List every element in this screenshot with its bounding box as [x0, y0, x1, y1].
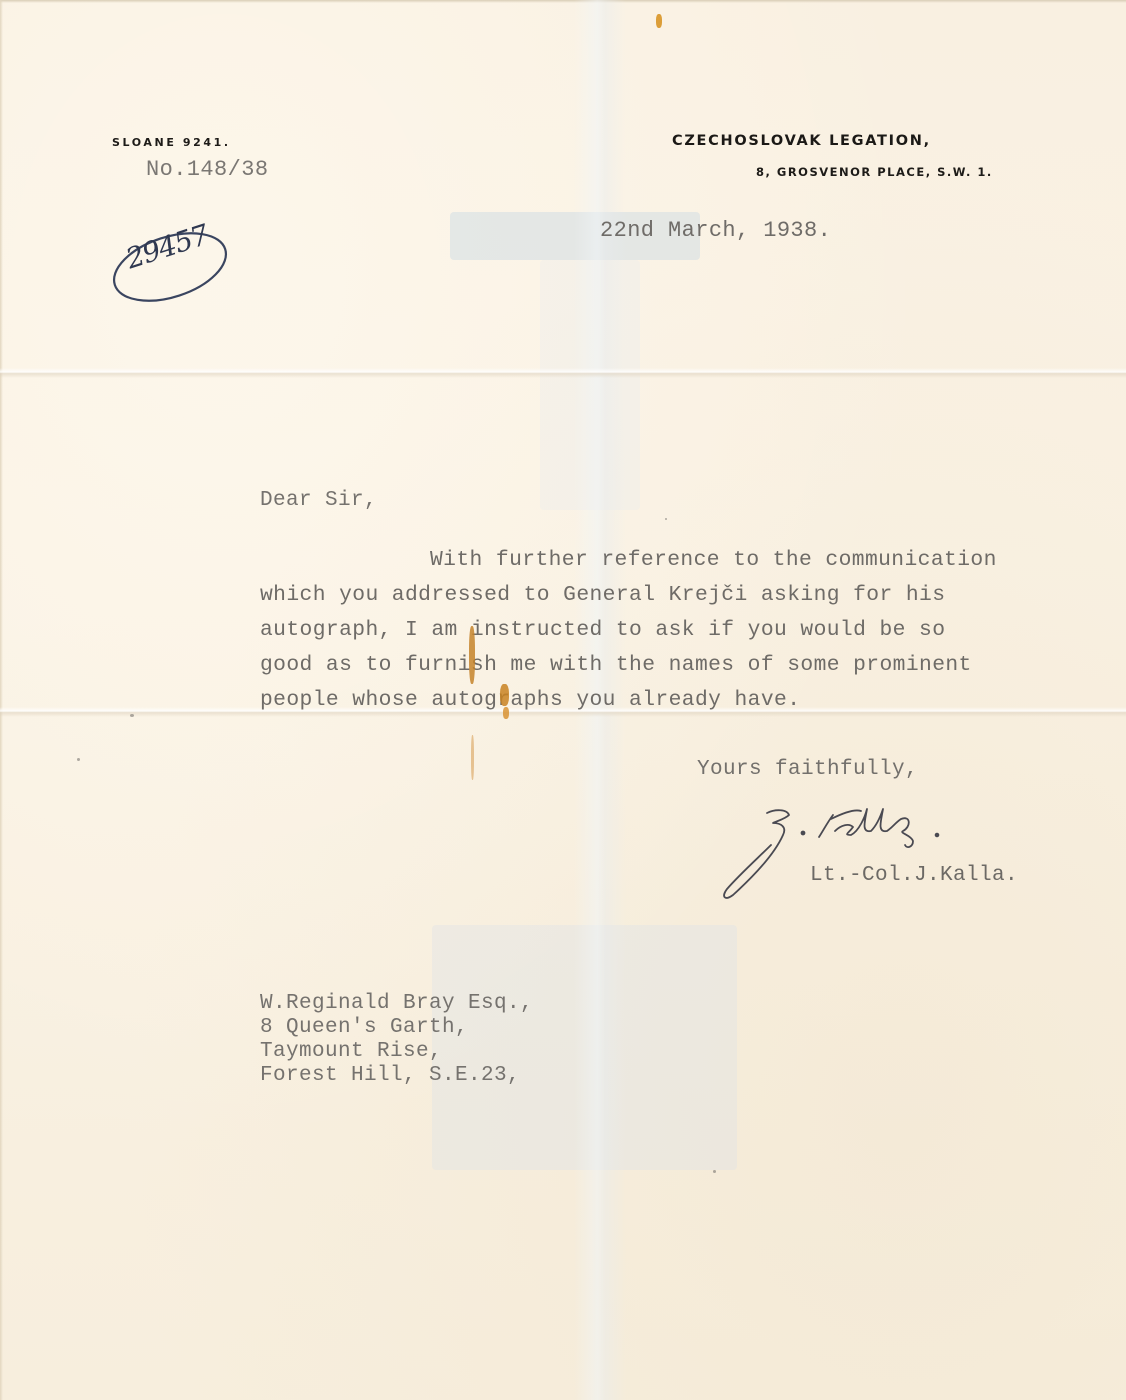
recipient-address-line: Forest Hill, S.E.23,	[260, 1064, 520, 1088]
letter-page: SLOANE 9241. CZECHOSLOVAK LEGATION, 8, G…	[0, 0, 1126, 1400]
paper-left-edge	[0, 0, 3, 1400]
horizontal-fold-line-upper	[0, 368, 1126, 378]
paper-top-edge	[0, 0, 1126, 3]
paper-speck	[130, 714, 134, 717]
body-line: which you addressed to General Krejči as…	[260, 583, 945, 607]
letterhead-address: 8, GROSVENOR PLACE, S.W. 1.	[756, 165, 993, 179]
salutation: Dear Sir,	[260, 489, 377, 512]
letter-date: 22nd March, 1938.	[600, 218, 831, 243]
recipient-address-line: 8 Queen's Garth,	[260, 1016, 468, 1040]
rust-stain	[469, 626, 475, 684]
valediction: Yours faithfully,	[697, 758, 918, 781]
paper-speck	[77, 758, 80, 761]
letterhead-organization: CZECHOSLOVAK LEGATION,	[672, 133, 931, 149]
body-line: people whose autographs you already have…	[260, 688, 800, 712]
paper-speck	[665, 518, 667, 520]
letterhead-phone: SLOANE 9241.	[112, 136, 231, 149]
rust-stain	[656, 14, 662, 28]
body-line: good as to furnish me with the names of …	[260, 653, 972, 677]
recipient-address-line: W.Reginald Bray Esq.,	[260, 992, 533, 1016]
body-line: With further reference to the communicat…	[430, 548, 997, 572]
handwritten-signature-icon	[715, 795, 995, 905]
rust-stain	[500, 684, 509, 706]
reference-number: No.148/38	[146, 157, 268, 182]
recipient-address-line: Taymount Rise,	[260, 1040, 442, 1064]
body-line: autograph, I am instructed to ask if you…	[260, 618, 945, 642]
typed-signatory-name: Lt.-Col.J.Kalla.	[810, 864, 1018, 887]
paper-speck	[713, 1170, 716, 1173]
rust-stain	[471, 735, 474, 780]
rust-stain	[503, 707, 509, 719]
